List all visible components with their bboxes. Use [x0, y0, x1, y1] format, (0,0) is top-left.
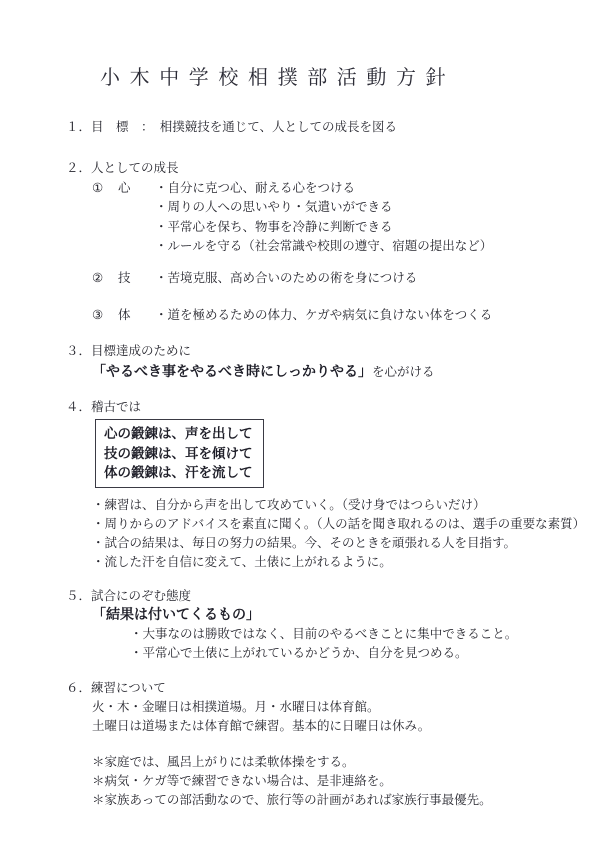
note-line: ＊病気・ケガ等で練習できない場合は、是非連絡を。	[92, 772, 572, 791]
box-line: 体の鍛錬は、汗を流して	[104, 463, 253, 483]
schedule-line: 火・木・金曜日は相撲道場。月・水曜日は体育館。	[92, 698, 572, 717]
schedule-line: 土曜日は道場または体育館で練習。基本的に日曜日は休み。	[92, 717, 572, 736]
item-points: ・道を極めるための体力、ケガや病気に負けない体をつくる	[155, 306, 492, 325]
training-motto-box: 心の鍛錬は、声を出して 技の鍛錬は、耳を傾けて 体の鍛錬は、汗を流して	[95, 419, 264, 488]
note-line: ＊家族あっての部活動なので、旅行等の計画があれば家族行事最優先。	[92, 791, 572, 810]
box-line: 技の鍛錬は、耳を傾けて	[104, 444, 253, 464]
item-points: ・自分に克つ心、耐える心をつける ・周りの人への思いやり・気遣いができる ・平常…	[155, 179, 492, 257]
section-goal: １．目 標 ： 相撲競技を通じて、人としての成長を図る	[66, 118, 572, 137]
bullet-point: ・試合の結果は、毎日の努力の結果。今、そのときを頑張れる人を目指す。	[92, 534, 572, 553]
bullet-point: ・平常心で土俵に上がれているかどうか、自分を見つめる。	[130, 644, 572, 663]
match-points: ・大事なのは勝敗ではなく、目前のやるべきことに集中できること。 ・平常心で土俵に…	[130, 625, 572, 663]
section-training: ４．稽古では 心の鍛錬は、声を出して 技の鍛錬は、耳を傾けて 体の鍛錬は、汗を流…	[66, 398, 572, 572]
growth-item-heart: ① 心 ・自分に克つ心、耐える心をつける ・周りの人への思いやり・気遣いができる…	[92, 179, 572, 257]
page-title: 小木中学校相撲部活動方針	[100, 64, 572, 92]
section-achievement-heading: ３．目標達成のために	[66, 342, 572, 361]
bullet-point: ・周りからのアドバイスを素直に聞く。（人の話を聞き取れるのは、選手の重要な素質）	[92, 515, 572, 534]
section-goal-heading: １．目 標 ： 相撲競技を通じて、人としての成長を図る	[66, 118, 572, 137]
item-label: 心	[118, 179, 155, 257]
item-label: 技	[118, 269, 155, 288]
training-points: ・練習は、自分から声を出して攻めていく。（受け身ではつらいだけ） ・周りからのア…	[92, 496, 572, 572]
section-match-attitude: ５．試合にのぞむ態度 「結果は付いてくるもの」 ・大事なのは勝敗ではなく、目前の…	[66, 587, 572, 663]
section-growth: ２．人としての成長 ① 心 ・自分に克つ心、耐える心をつける ・周りの人への思い…	[66, 159, 572, 325]
section-practice-heading: ６．練習について	[66, 679, 572, 698]
item-number: ②	[92, 269, 118, 288]
item-number: ③	[92, 306, 118, 325]
document-page: 小木中学校相撲部活動方針 １．目 標 ： 相撲競技を通じて、人としての成長を図る…	[0, 0, 610, 863]
motto-bold-text: 「結果は付いてくるもの」	[92, 608, 260, 623]
bullet-point: ・大事なのは勝敗ではなく、目前のやるべきことに集中できること。	[130, 625, 572, 644]
practice-schedule: 火・木・金曜日は相撲道場。月・水曜日は体育館。 土曜日は道場または体育館で練習。…	[92, 698, 572, 736]
item-label: 体	[118, 306, 155, 325]
achievement-motto: 「やるべき事をやるべき時にしっかりやる」を心がける	[92, 361, 572, 384]
bullet-point: ・ルールを守る（社会常識や校則の遵守、宿題の提出など）	[155, 237, 492, 256]
section-achievement: ３．目標達成のために 「やるべき事をやるべき時にしっかりやる」を心がける	[66, 342, 572, 384]
match-motto: 「結果は付いてくるもの」	[92, 606, 572, 625]
section-match-heading: ５．試合にのぞむ態度	[66, 587, 572, 606]
section-growth-heading: ２．人としての成長	[66, 159, 572, 178]
motto-rest-text: を心がける	[372, 365, 435, 379]
note-line: ＊家庭では、風呂上がりには柔軟体操をする。	[92, 753, 572, 772]
bullet-point: ・流した汗を自信に変えて、土俵に上がれるように。	[92, 553, 572, 572]
bullet-point: ・練習は、自分から声を出して攻めていく。（受け身ではつらいだけ）	[92, 496, 572, 515]
item-number: ①	[92, 179, 118, 257]
item-points: ・苦境克服、高め合いのための術を身につける	[155, 269, 417, 288]
bullet-point: ・道を極めるための体力、ケガや病気に負けない体をつくる	[155, 306, 492, 325]
practice-notes: ＊家庭では、風呂上がりには柔軟体操をする。 ＊病気・ケガ等で練習できない場合は、…	[92, 753, 572, 810]
bullet-point: ・自分に克つ心、耐える心をつける	[155, 179, 492, 198]
bullet-point: ・周りの人への思いやり・気遣いができる	[155, 198, 492, 217]
section-practice: ６．練習について 火・木・金曜日は相撲道場。月・水曜日は体育館。 土曜日は道場ま…	[66, 679, 572, 810]
growth-item-technique: ② 技 ・苦境克服、高め合いのための術を身につける	[92, 269, 572, 288]
section-training-heading: ４．稽古では	[66, 398, 572, 417]
growth-item-body: ③ 体 ・道を極めるための体力、ケガや病気に負けない体をつくる	[92, 306, 572, 325]
bullet-point: ・苦境克服、高め合いのための術を身につける	[155, 269, 417, 288]
box-line: 心の鍛錬は、声を出して	[104, 424, 253, 444]
motto-bold-text: 「やるべき事をやるべき時にしっかりやる」	[92, 365, 372, 380]
bullet-point: ・平常心を保ち、物事を冷静に判断できる	[155, 218, 492, 237]
